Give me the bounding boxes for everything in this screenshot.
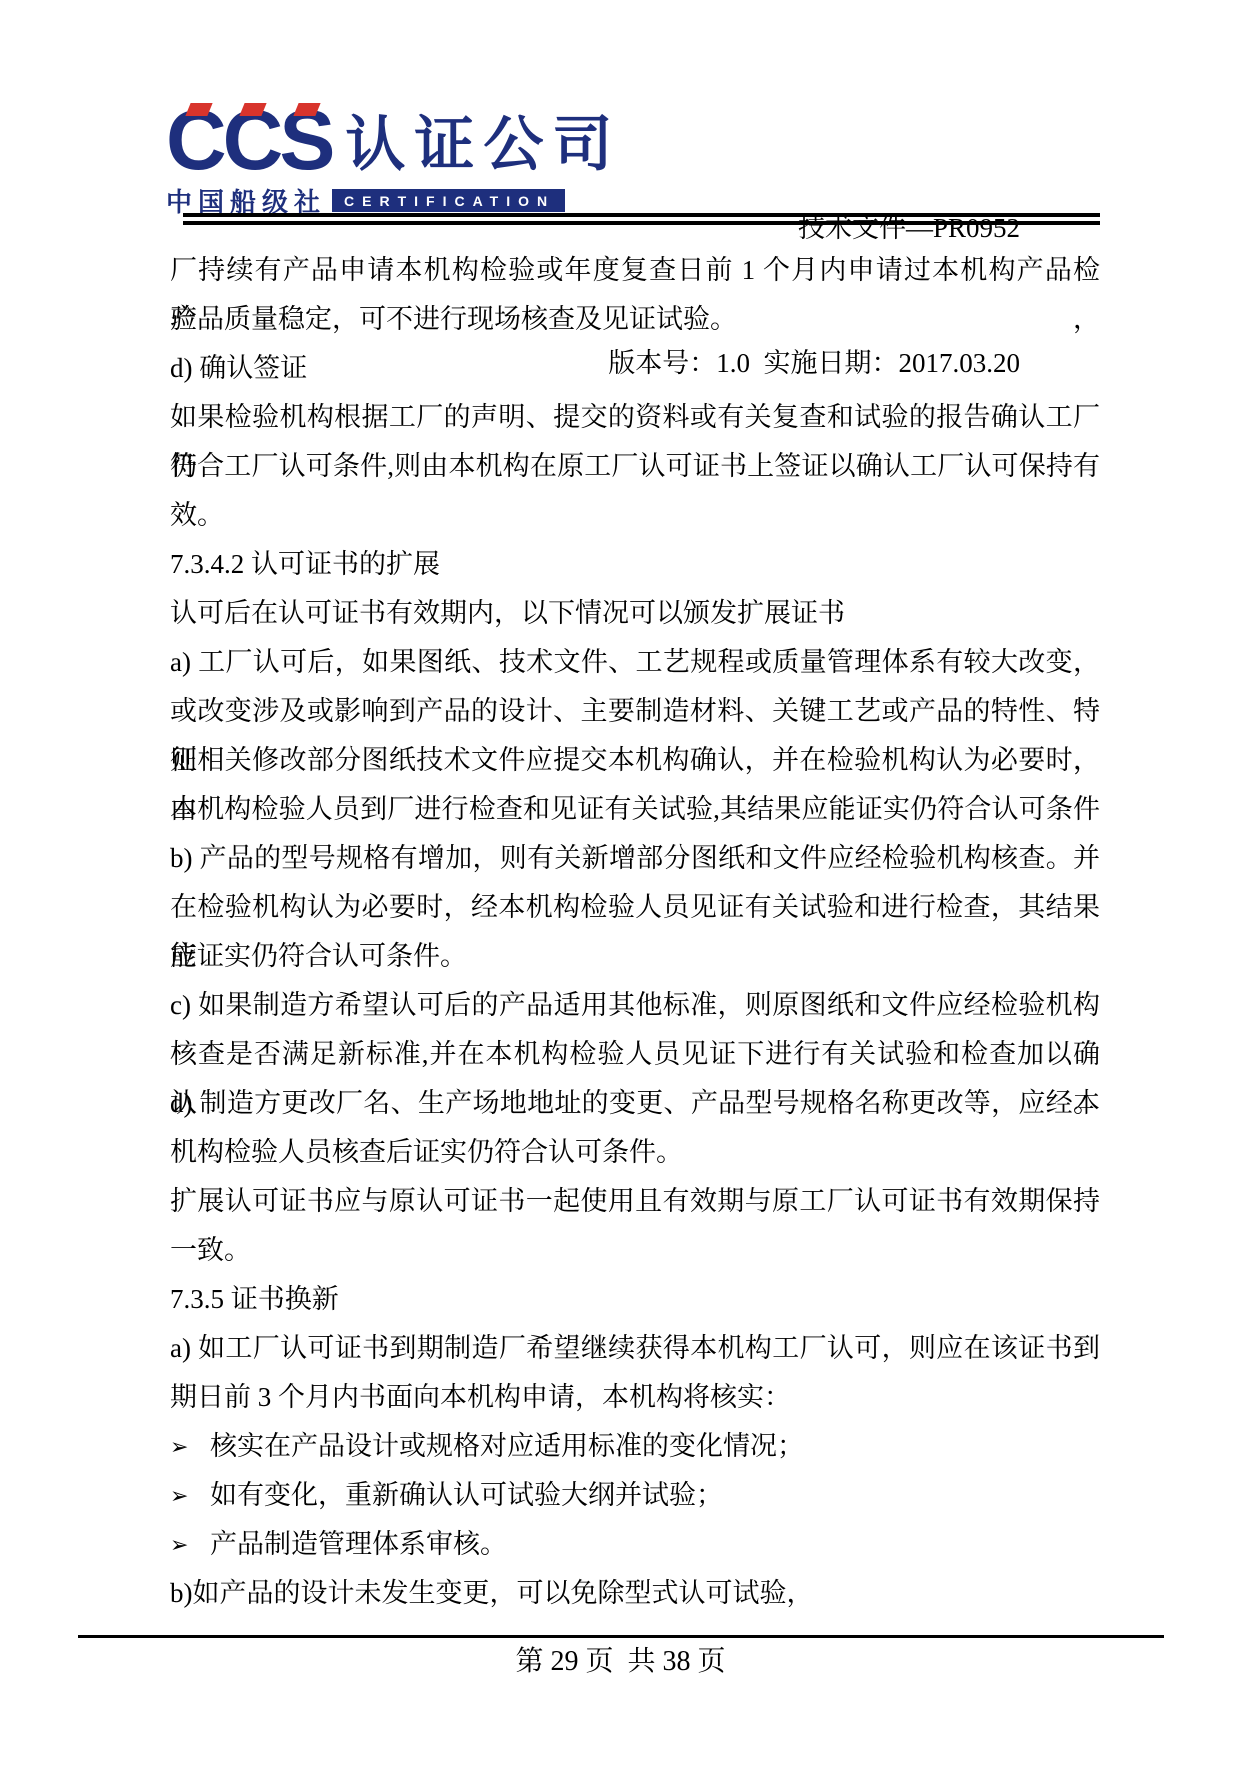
body-line: d) 制造方更改厂名、生产场地地址的变更、产品型号规格名称更改等，应经本 <box>170 1079 1100 1128</box>
body-line: 在检验机构认为必要时，经本机构检验人员见证有关试验和进行检查，其结果应 <box>170 883 1100 932</box>
bullet-line: ➢核实在产品设计或规格对应适用标准的变化情况； <box>170 1422 1100 1471</box>
body-line: b)如产品的设计未发生变更，可以免除型式认可试验， <box>170 1569 1100 1618</box>
body-line: 7.3.4.2 认可证书的扩展 <box>170 540 1100 589</box>
bullet-arrow-icon: ➢ <box>170 1520 210 1569</box>
bullet-arrow-icon: ➢ <box>170 1422 210 1471</box>
body-line: 机构检验人员核查后证实仍符合认可条件。 <box>170 1128 1100 1177</box>
header-divider <box>183 213 1100 225</box>
body-line: 符合工厂认可条件,则由本机构在原工厂认可证书上签证以确认工厂认可保持有 <box>170 442 1100 491</box>
body-line: b) 产品的型号规格有增加，则有关新增部分图纸和文件应经检验机构核查。并 <box>170 834 1100 883</box>
footer-divider <box>78 1635 1164 1638</box>
body-line: 如果检验机构根据工厂的声明、提交的资料或有关复查和试验的报告确认工厂仍 <box>170 393 1100 442</box>
body-line: 则相关修改部分图纸技术文件应提交本机构确认，并在检验机构认为必要时，由 <box>170 736 1100 785</box>
body-line: a) 工厂认可后，如果图纸、技术文件、工艺规程或质量管理体系有较大改变， <box>170 638 1100 687</box>
ccs-logo: CCS 认证公司 中国船级社 CERTIFICATION <box>166 96 646 219</box>
body-line: 扩展认可证书应与原认可证书一起使用且有效期与原工厂认可证书有效期保持 <box>170 1177 1100 1226</box>
logo-certification-bar: CERTIFICATION <box>332 189 565 212</box>
body-line: 7.3.5 证书换新 <box>170 1275 1100 1324</box>
body-line: 核查是否满足新标准,并在本机构检验人员见证下进行有关试验和检查加以确认。 <box>170 1030 1100 1079</box>
body-line: 本机构检验人员到厂进行检查和见证有关试验,其结果应能证实仍符合认可条件 <box>170 785 1100 834</box>
body-line: c) 如果制造方希望认可后的产品适用其他标准，则原图纸和文件应经检验机构 <box>170 981 1100 1030</box>
body-line: 效。 <box>170 491 1100 540</box>
bullet-line: ➢产品制造管理体系审核。 <box>170 1520 1100 1569</box>
bullet-text: 如有变化，重新确认认可试验大纲并试验； <box>210 1471 723 1520</box>
body-line: 厂持续有产品申请本机构检验或年度复查日前 1 个月内申请过本机构产品检验， <box>170 246 1100 295</box>
bullet-arrow-icon: ➢ <box>170 1471 210 1520</box>
logo-brand-cn: 认证公司 <box>345 110 621 180</box>
body-line: 认可后在认可证书有效期内，以下情况可以颁发扩展证书 <box>170 589 1100 638</box>
page-number: 第 29 页 共 38 页 <box>0 1642 1241 1682</box>
ccs-logo-letters: CCS <box>166 100 331 180</box>
body-line: d) 确认签证 <box>170 344 1100 393</box>
body-line: 一致。 <box>170 1226 1100 1275</box>
body-line: 能证实仍符合认可条件。 <box>170 932 1100 981</box>
document-body: 厂持续有产品申请本机构检验或年度复查日前 1 个月内申请过本机构产品检验，产品质… <box>170 246 1100 1618</box>
bullet-text: 产品制造管理体系审核。 <box>210 1520 507 1569</box>
body-line: a) 如工厂认可证书到期制造厂希望继续获得本机构工厂认可，则应在该证书到 <box>170 1324 1100 1373</box>
body-line: 或改变涉及或影响到产品的设计、主要制造材料、关键工艺或产品的特性、特征， <box>170 687 1100 736</box>
bullet-line: ➢如有变化，重新确认认可试验大纲并试验； <box>170 1471 1100 1520</box>
bullet-text: 核实在产品设计或规格对应适用标准的变化情况； <box>210 1422 804 1471</box>
body-line: 期日前 3 个月内书面向本机构申请，本机构将核实： <box>170 1373 1100 1422</box>
